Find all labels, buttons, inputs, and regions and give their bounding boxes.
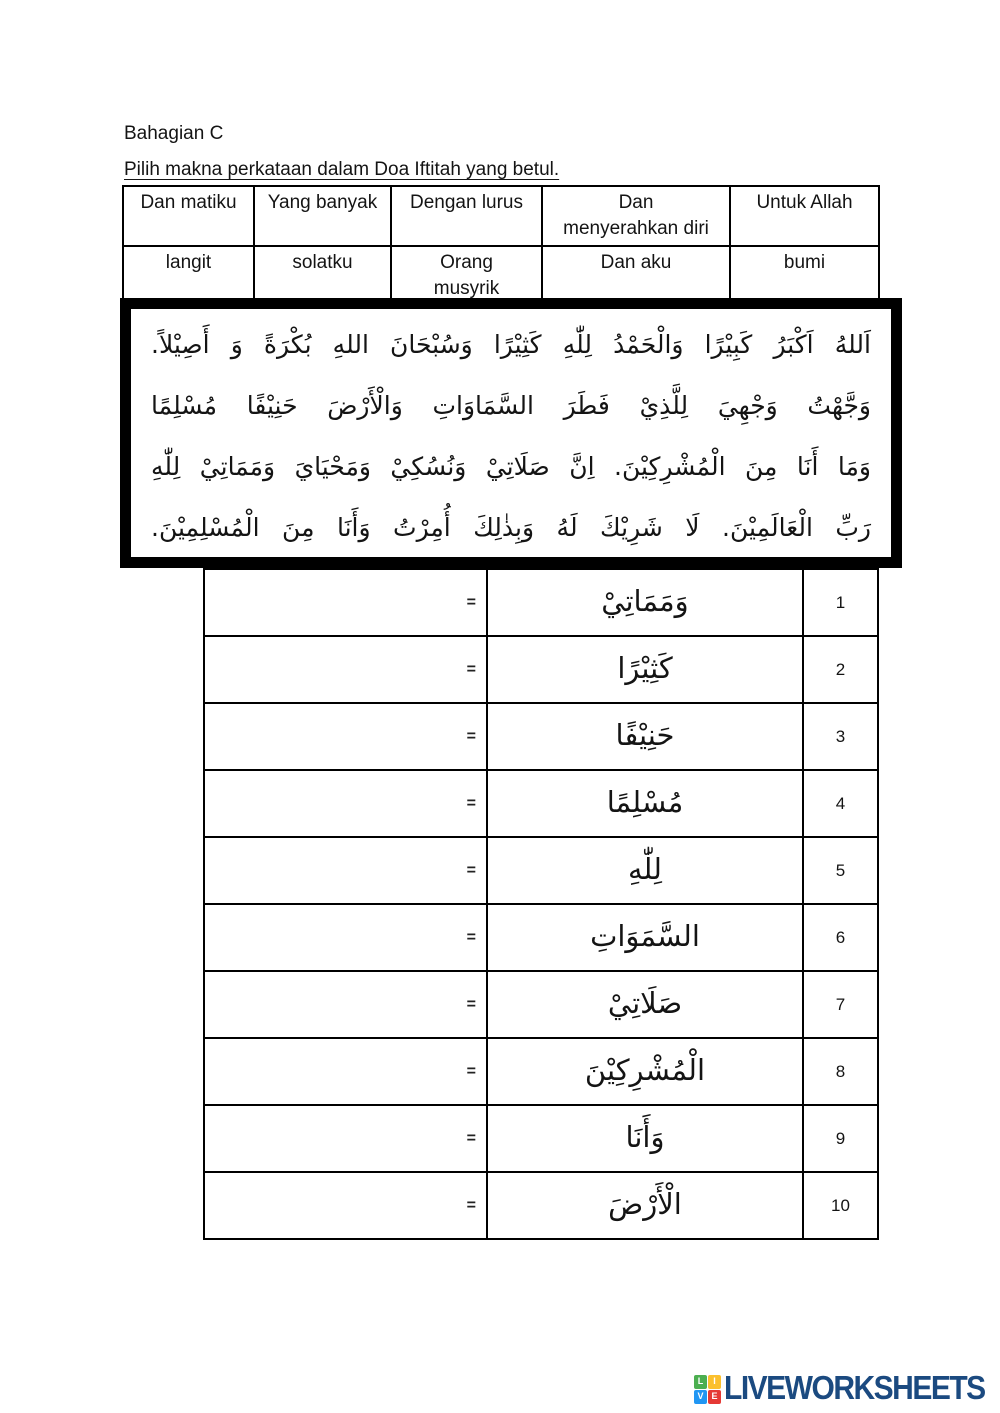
answer-blank-6[interactable]: = [204,904,487,971]
liveworksheets-logo[interactable]: L I V E LIVEWORKSHEETS [694,1372,985,1406]
answer-blank-7[interactable]: = [204,971,487,1038]
doa-line: وَمَا أَنَا مِنَ الْمُشْرِكِيْنَ. اِنَّ … [151,436,871,497]
arabic-word: صَلَاتِيْ [487,971,803,1038]
table-row: = لِلّٰهِ 5 [204,837,878,904]
row-number: 1 [803,569,878,636]
row-number: 9 [803,1105,878,1172]
answer-blank-5[interactable]: = [204,837,487,904]
table-row: = وَأَنَا 9 [204,1105,878,1172]
arabic-word: كَثِيْرًا [487,636,803,703]
word-bank-cell: bumi [730,246,879,306]
row-number: 8 [803,1038,878,1105]
instruction-text: Pilih makna perkataan dalam Doa Iftitah … [124,152,559,188]
row-number: 5 [803,837,878,904]
equals-sign: = [467,728,476,745]
arabic-word: السَّمَوَاتِ [487,904,803,971]
section-heading: Bahagian C Pilih makna perkataan dalam D… [124,116,559,188]
row-number: 10 [803,1172,878,1239]
answer-blank-4[interactable]: = [204,770,487,837]
equals-sign: = [467,1197,476,1214]
page-title: Bahagian C [124,116,559,152]
equals-sign: = [467,996,476,1013]
arabic-word: الْأَرْضَ [487,1172,803,1239]
arabic-word: وَمَمَاتِيْ [487,569,803,636]
word-bank-cell: langit [123,246,254,306]
arabic-word: مُسْلِمًا [487,770,803,837]
row-number: 7 [803,971,878,1038]
word-bank-cell: Orang musyrik [391,246,542,306]
word-bank-row: langit solatku Orang musyrik Dan aku bum… [123,246,879,306]
table-row: = مُسْلِمًا 4 [204,770,878,837]
row-number: 6 [803,904,878,971]
logo-tile-v: V [694,1390,707,1404]
doa-line: وَجَّهْتُ وَجْهِيَ لِلَّذِيْ فَطَرَ السَ… [151,375,871,436]
logo-tile-i: I [708,1375,721,1389]
word-bank-cell: Dengan lurus [391,186,542,246]
table-row: = الْمُشْرِكِيْنَ 8 [204,1038,878,1105]
worksheet-page: Bahagian C Pilih makna perkataan dalam D… [0,0,1000,1413]
equals-sign: = [467,795,476,812]
logo-tile-e: E [708,1390,721,1404]
word-bank-cell: Dan matiku [123,186,254,246]
table-row: = وَمَمَاتِيْ 1 [204,569,878,636]
arabic-word: وَأَنَا [487,1105,803,1172]
answer-blank-9[interactable]: = [204,1105,487,1172]
doa-text: اَللهُ اَكْبَرُ كَبِيْرًا وَالْحَمْدُ لِ… [131,309,891,558]
brand-text: LIVEWORKSHEETS [724,1370,985,1408]
table-row: = حَنِيْفًا 3 [204,703,878,770]
answer-blank-2[interactable]: = [204,636,487,703]
table-row: = كَثِيْرًا 2 [204,636,878,703]
doa-line: رَبِّ الْعَالَمِيْنَ. لَا شَرِيْكَ لَهُ … [151,497,871,558]
answer-blank-8[interactable]: = [204,1038,487,1105]
word-bank-table: Dan matiku Yang banyak Dengan lurus Dan … [122,185,880,307]
equals-sign: = [467,929,476,946]
word-bank-row: Dan matiku Yang banyak Dengan lurus Dan … [123,186,879,246]
arabic-word: لِلّٰهِ [487,837,803,904]
matching-table: = وَمَمَاتِيْ 1 = كَثِيْرًا 2 = حَنِيْفً… [203,568,879,1240]
word-bank-cell: Dan aku [542,246,730,306]
arabic-word: حَنِيْفًا [487,703,803,770]
logo-tile-l: L [694,1375,707,1389]
table-row: = السَّمَوَاتِ 6 [204,904,878,971]
word-bank-cell: Untuk Allah [730,186,879,246]
word-bank-cell: solatku [254,246,391,306]
answer-blank-10[interactable]: = [204,1172,487,1239]
row-number: 3 [803,703,878,770]
word-bank-cell: Dan menyerahkan diri [542,186,730,246]
answer-blank-3[interactable]: = [204,703,487,770]
liveworksheets-tiles-icon: L I V E [694,1375,721,1404]
row-number: 4 [803,770,878,837]
table-row: = الْأَرْضَ 10 [204,1172,878,1239]
doa-line: اَللهُ اَكْبَرُ كَبِيْرًا وَالْحَمْدُ لِ… [151,314,871,375]
arabic-word: الْمُشْرِكِيْنَ [487,1038,803,1105]
doa-iftitah-box: اَللهُ اَكْبَرُ كَبِيْرًا وَالْحَمْدُ لِ… [120,298,902,568]
equals-sign: = [467,862,476,879]
table-row: = صَلَاتِيْ 7 [204,971,878,1038]
equals-sign: = [467,594,476,611]
answer-blank-1[interactable]: = [204,569,487,636]
equals-sign: = [467,1063,476,1080]
row-number: 2 [803,636,878,703]
word-bank-cell: Yang banyak [254,186,391,246]
equals-sign: = [467,1130,476,1147]
equals-sign: = [467,661,476,678]
